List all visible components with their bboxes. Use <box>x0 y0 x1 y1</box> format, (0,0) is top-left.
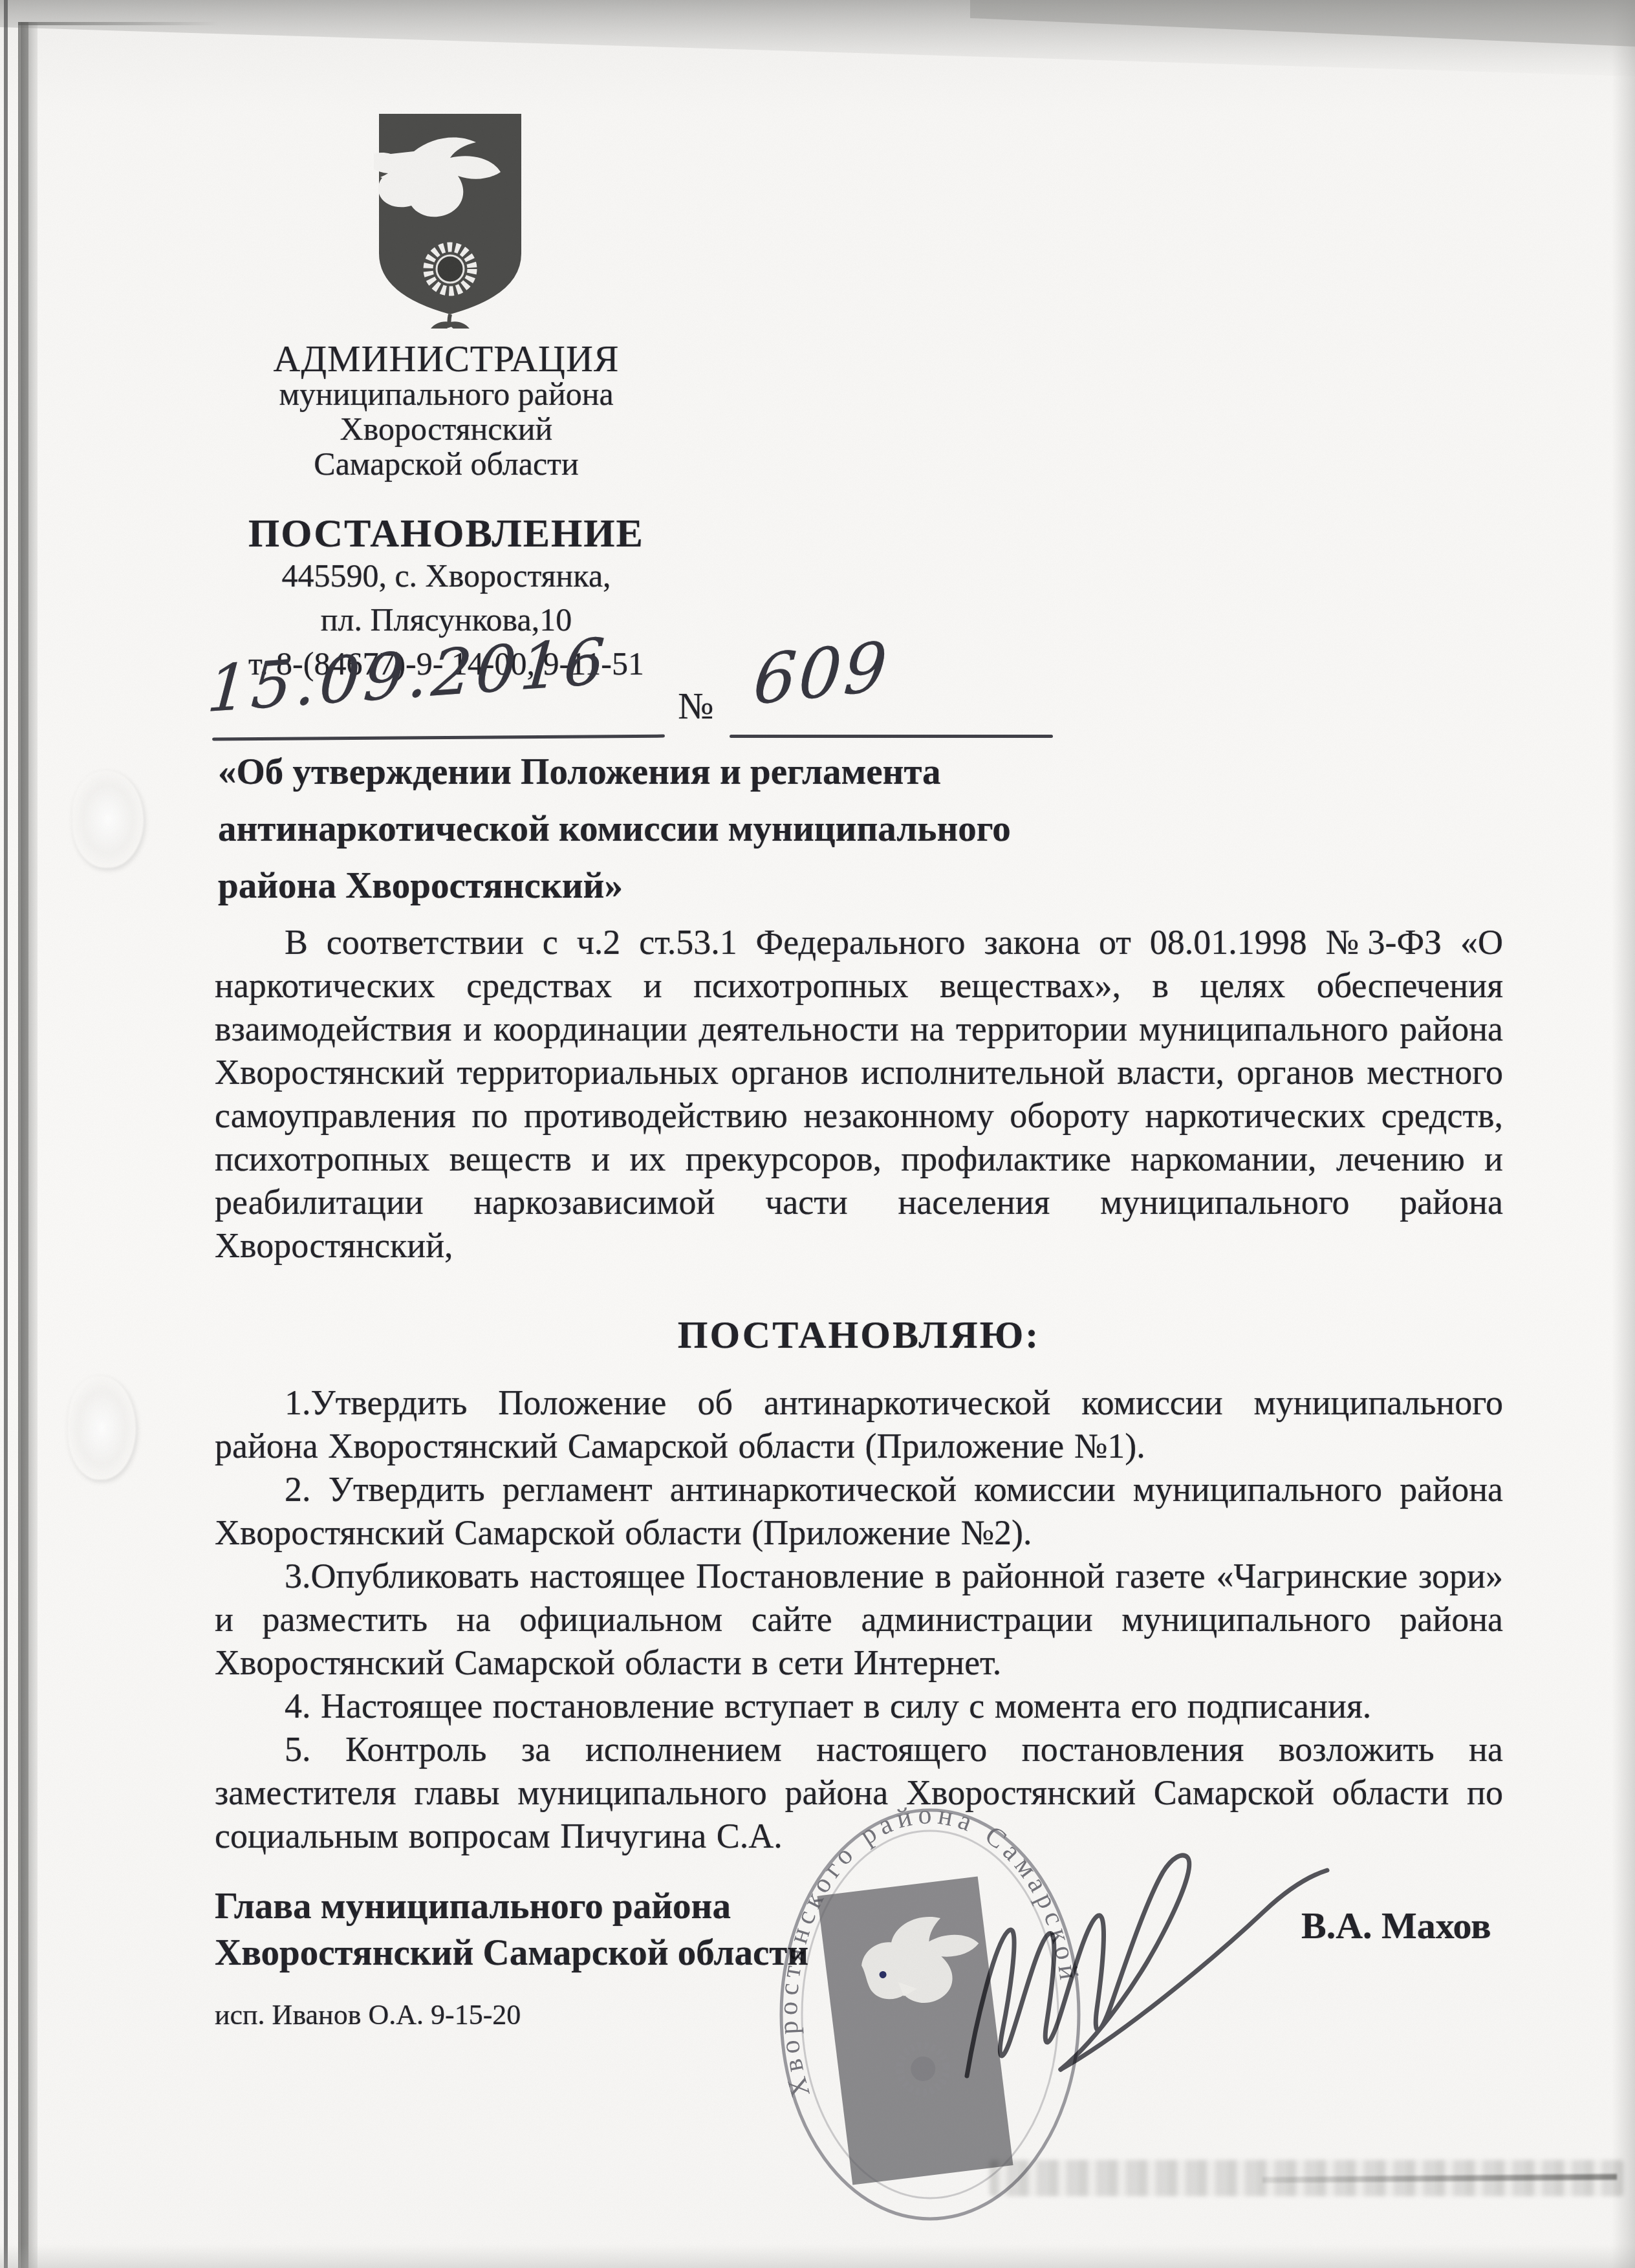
resolution-item: 2. Утвердить регламент антинаркотической… <box>215 1468 1503 1555</box>
number-label: № <box>678 684 713 728</box>
signature-loops-stroke <box>967 1855 1189 2076</box>
preamble-paragraph: В соответствии с ч.2 ст.53.1 Федеральног… <box>215 921 1503 1268</box>
document-title: «Об утверждении Положения и регламента а… <box>218 744 1059 914</box>
executor-note: исп. Иванов О.А. 9-15-20 <box>215 1998 521 2031</box>
address-line: 445590, с. Хворостянка, <box>213 554 679 598</box>
resolution-item: 4. Настоящее постановление вступает в си… <box>215 1685 1503 1728</box>
page-top-edge-line <box>18 22 219 25</box>
resolution-item: 1.Утвердить Положение об антинаркотическ… <box>215 1381 1503 1468</box>
paper-crease <box>72 771 144 868</box>
signer-position-line: Глава муниципального района <box>215 1883 808 1930</box>
resolve-heading: ПОСТАНОВЛЯЮ: <box>215 1313 1503 1357</box>
handwritten-signature <box>905 1824 1371 2108</box>
page-edge-shadow-core <box>21 22 28 2268</box>
scanned-document-page: АДМИНИСТРАЦИЯ муниципального района Хвор… <box>0 0 1635 2268</box>
resolution-item: 3.Опубликовать настоящее Постановление в… <box>215 1555 1503 1685</box>
org-name-line: муниципального района <box>213 376 679 411</box>
scanner-edge-line <box>4 0 8 2268</box>
sunflower-leaves-icon <box>429 321 471 329</box>
org-name-line: АДМИНИСТРАЦИЯ <box>213 341 679 376</box>
right-haze <box>1612 0 1635 2268</box>
bottom-haze <box>0 2244 1635 2268</box>
title-line: антинаркотической комиссии муниципальног… <box>218 801 1059 858</box>
title-line: района Хворостянский» <box>218 858 1059 914</box>
number-underline <box>730 735 1053 738</box>
paper-crease <box>68 1376 136 1480</box>
signer-position: Глава муниципального района Хворостянски… <box>215 1883 808 1976</box>
document-type-heading: ПОСТАНОВЛЕНИЕ <box>213 513 679 554</box>
org-name-line: Хворостянский <box>213 411 679 446</box>
resolution-items: 1.Утвердить Положение об антинаркотическ… <box>215 1381 1503 1858</box>
signer-position-line: Хворостянский Самарской области <box>215 1930 808 1976</box>
handwritten-number: 609 <box>751 626 892 720</box>
title-line: «Об утверждении Положения и регламента <box>218 744 1059 801</box>
sunflower-center-icon <box>437 255 464 283</box>
org-name-line: Самарской области <box>213 446 679 481</box>
coat-of-arms-emblem <box>374 110 526 329</box>
